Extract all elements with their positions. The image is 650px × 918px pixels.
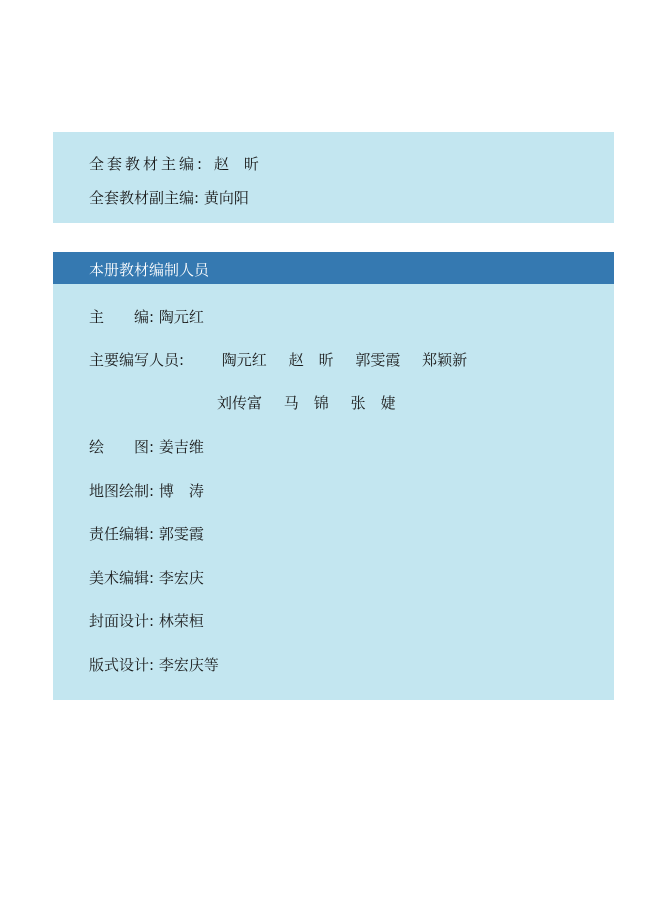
- chief-editor-value: 赵 昕: [214, 155, 259, 173]
- deputy-editor-label: 全套教材副主编:: [89, 189, 199, 207]
- chief-editor-line: 全套教材主编: 赵 昕: [89, 153, 259, 174]
- staff-label: 地图绘制:: [89, 480, 154, 501]
- chief-editor-label: 全套教材主编:: [89, 155, 205, 173]
- staff-row-cover-design: 封面设计: 林荣桓: [89, 610, 204, 631]
- volume-staff-title: 本册教材编制人员: [89, 259, 209, 280]
- staff-value: 博 涛: [159, 480, 204, 501]
- volume-staff-panel: 本册教材编制人员 主 编: 陶元红 主要编写人员: 陶元红 赵 昕 郭雯霞 郑颖…: [53, 252, 614, 700]
- staff-row-main-writers: 主要编写人员: 陶元红 赵 昕 郭雯霞 郑颖新: [89, 349, 484, 370]
- volume-staff-header: 本册教材编制人员: [53, 252, 614, 284]
- deputy-editor-value: 黄向阳: [204, 189, 249, 207]
- writer-name: 马 锦: [284, 392, 329, 413]
- staff-label: 主要编写人员:: [89, 349, 217, 370]
- deputy-editor-line: 全套教材副主编: 黄向阳: [89, 187, 249, 208]
- staff-value: 林荣桓: [159, 610, 204, 631]
- staff-label: 美术编辑:: [89, 567, 154, 588]
- staff-value: 李宏庆等: [159, 654, 219, 675]
- staff-row-main-writers-cont: 刘传富 马 锦 张 婕: [217, 392, 413, 413]
- staff-label: 封面设计:: [89, 610, 154, 631]
- staff-value: 郭雯霞: [159, 523, 204, 544]
- staff-label: 主 编:: [89, 306, 154, 327]
- staff-row-illustration: 绘 图: 姜吉维: [89, 436, 204, 457]
- writer-name: 陶元红: [222, 349, 267, 370]
- writer-name: 张 婕: [351, 392, 396, 413]
- staff-value: 李宏庆: [159, 567, 204, 588]
- series-editors-panel: 全套教材主编: 赵 昕 全套教材副主编: 黄向阳: [53, 132, 614, 223]
- writer-name: 赵 昕: [289, 349, 334, 370]
- writers-line-2: 刘传富 马 锦 张 婕: [217, 394, 413, 412]
- staff-label: 责任编辑:: [89, 523, 154, 544]
- staff-row-responsible-editor: 责任编辑: 郭雯霞: [89, 523, 204, 544]
- staff-value: 姜吉维: [159, 436, 204, 457]
- staff-label: 版式设计:: [89, 654, 154, 675]
- staff-label: 绘 图:: [89, 436, 154, 457]
- staff-row-layout-design: 版式设计: 李宏庆等: [89, 654, 219, 675]
- writers-line-1: 陶元红 赵 昕 郭雯霞 郑颖新: [222, 351, 484, 369]
- writer-name: 刘传富: [217, 392, 262, 413]
- staff-row-art-editor: 美术编辑: 李宏庆: [89, 567, 204, 588]
- writer-name: 郑颖新: [422, 349, 467, 370]
- staff-row-map-drawing: 地图绘制: 博 涛: [89, 480, 204, 501]
- staff-row-chief-editor: 主 编: 陶元红: [89, 306, 204, 327]
- writer-name: 郭雯霞: [355, 349, 400, 370]
- staff-value: 陶元红: [159, 306, 204, 327]
